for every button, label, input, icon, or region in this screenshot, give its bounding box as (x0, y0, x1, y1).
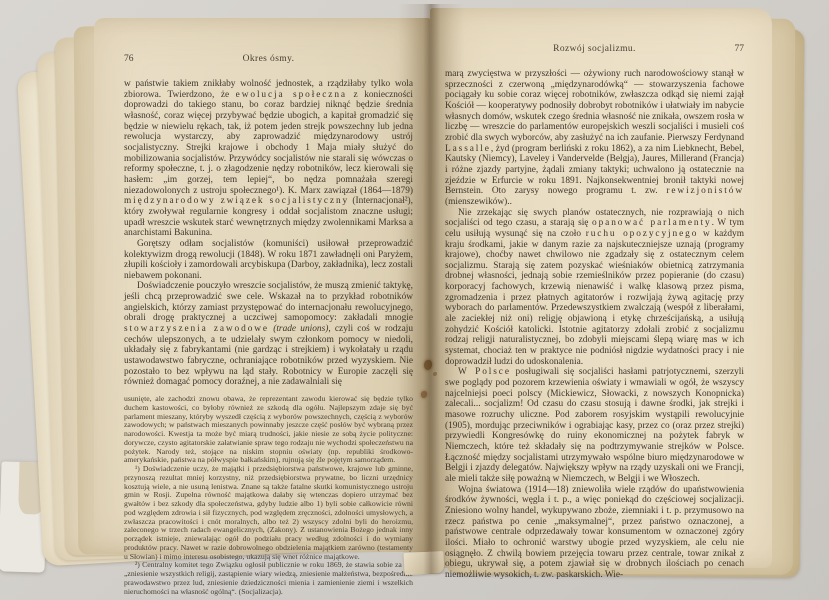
running-header: Rozwój socjalizmu. (445, 44, 744, 54)
text-segment: Gorętszy odłam socjalistów (komuniści) u… (124, 239, 413, 281)
text-segment: w każdym kraju środkami, jakie w danym r… (445, 229, 744, 367)
text-segment: opanować parlamenty (592, 218, 712, 228)
paragraph: ²) Centralny komitet tego Związku ogłosi… (124, 561, 413, 596)
text-segment: posługiwali się socjaliści hasłami patrj… (445, 367, 744, 484)
text-segment: usunięte, ale zachodzi znowu obawa, że r… (124, 394, 413, 464)
text-segment: (trade unions) (273, 324, 328, 334)
text-segment: marą zwycięstwa w przyszłości — ożywiony… (445, 69, 744, 143)
text-segment: międzynarodowy związek socjalistyczny (124, 196, 349, 206)
text-segment: (mienszewików).. (445, 197, 512, 207)
left-page-footnotes: usunięte, ale zachodzi znowu obawa, że r… (124, 395, 413, 596)
text-segment: Lassalle (445, 144, 491, 154)
right-page-content: Rozwój socjalizmu. 77 marą zwycięstwa w … (430, 8, 772, 568)
right-page: Rozwój socjalizmu. 77 marą zwycięstwa w … (430, 8, 772, 568)
paragraph: Wojna światowa (1914—18) zniewoliła wiel… (445, 485, 744, 581)
paragraph: W Polsce posługiwali się socjaliści hasł… (445, 367, 744, 484)
paragraph: marą zwycięstwa w przyszłości — ożywiony… (445, 69, 744, 208)
paragraph: w państwie takiem znikłaby wolność jedno… (124, 79, 413, 239)
paragraph: Nie zrzekając się swych planów ostateczn… (445, 208, 744, 368)
left-page-body: w państwie takiem znikłaby wolność jedno… (124, 79, 413, 388)
running-header: Okres ósmy. (124, 54, 413, 64)
text-segment: z konieczności doprowadzi do takiego sta… (124, 90, 413, 196)
text-segment: Wojna światowa (1914—18) zniewoliła wiel… (445, 485, 744, 580)
text-segment: ¹) Doświadczenie uczy, że majątki i prze… (124, 464, 413, 561)
book-scan: 76 Okres ósmy. w państwie takiem znikłab… (0, 0, 829, 600)
paragraph: Doświadczenie pouczyło wreszcie socjalis… (124, 281, 413, 388)
text-segment: stowarzyszenia zawodowe (124, 324, 269, 334)
left-page-content: 76 Okres ósmy. w państwie takiem znikłab… (94, 18, 430, 552)
paragraph: Gorętszy odłam socjalistów (komuniści) u… (124, 239, 413, 282)
folded-corner (403, 551, 444, 575)
text-segment: ruchu opozycyjnego (586, 229, 699, 239)
left-page-header: 76 Okres ósmy. (124, 54, 413, 66)
text-segment: ewolucja społeczna (236, 90, 347, 100)
paragraph: usunięte, ale zachodzi znowu obawa, że r… (124, 395, 413, 465)
paragraph: ¹) Doświadczenie uczy, że majątki i prze… (124, 465, 413, 561)
text-segment: ²) Centralny komitet tego Związku ogłosi… (124, 560, 413, 595)
right-page-header: Rozwój socjalizmu. 77 (445, 44, 744, 56)
page-number: 77 (735, 44, 745, 54)
text-segment: rewizjonistów (666, 186, 744, 196)
left-page: 76 Okres ósmy. w państwie takiem znikłab… (94, 18, 430, 552)
text-segment: W Polsce (458, 367, 511, 377)
right-page-body: marą zwycięstwa w przyszłości — ożywiony… (445, 69, 744, 581)
text-segment: Doświadczenie pouczyło wreszcie socjalis… (124, 281, 413, 323)
